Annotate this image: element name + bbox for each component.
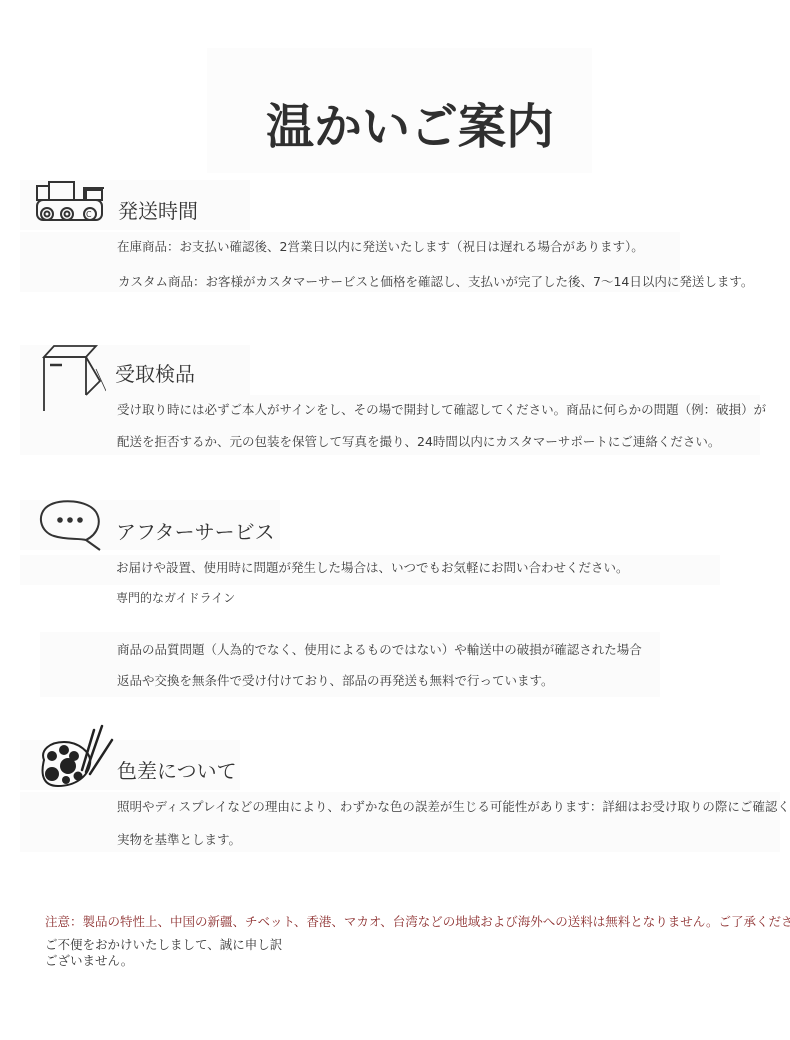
section-line: 受け取り時には必ずご本人がサインをし、その場で開封して確認してください。商品に何… bbox=[117, 400, 766, 418]
section-line: 返品や交換を無条件で受け付けており、部品の再発送も無料で行っています。 bbox=[117, 671, 554, 689]
section-heading-after-sales: アフターサービス bbox=[116, 516, 275, 545]
section-line: 配送を拒否するか、元の包装を保管して写真を撮り、24時間以内にカスタマーサポート… bbox=[117, 432, 720, 450]
box-icon bbox=[38, 343, 106, 415]
section-line: 照明やディスプレイなどの理由により、わずかな色の誤差が生じる可能性があります：詳… bbox=[117, 797, 790, 815]
section-subheading: 専門的なガイドライン bbox=[116, 589, 235, 606]
section-heading-inspection: 受取検品 bbox=[115, 358, 195, 387]
svg-text:C: C bbox=[86, 210, 92, 219]
truck-icon: C bbox=[34, 180, 114, 224]
section-line: お届けや設置、使用時に問題が発生した場合は、いつでもお気軽にお問い合わせください… bbox=[116, 558, 629, 576]
page-title: 温かいご案内 bbox=[0, 88, 790, 157]
speech-bubble-icon bbox=[38, 498, 106, 554]
section-line: 実物を基準とします。 bbox=[117, 830, 241, 848]
section-heading-color-difference: 色差について bbox=[117, 755, 237, 784]
paint-palette-icon bbox=[38, 720, 116, 792]
apology-text: ご不便をおかけいたしまして、誠に申し訳ございません。 bbox=[45, 937, 285, 969]
section-line: 在庫商品：お支払い確認後、2営業日以内に発送いたします（祝日は遅れる場合がありま… bbox=[117, 237, 644, 255]
shipping-notice: 注意：製品の特性上、中国の新疆、チベット、香港、マカオ、台湾などの地域および海外… bbox=[45, 912, 790, 930]
section-line: 商品の品質問題（人為的でなく、使用によるものではない）や輸送中の破損が確認された… bbox=[117, 640, 642, 658]
section-line: カスタム商品：お客様がカスタマーサービスと価格を確認し、支払いが完了した後、7～… bbox=[118, 272, 753, 290]
section-heading-shipping: 発送時間 bbox=[118, 195, 198, 224]
